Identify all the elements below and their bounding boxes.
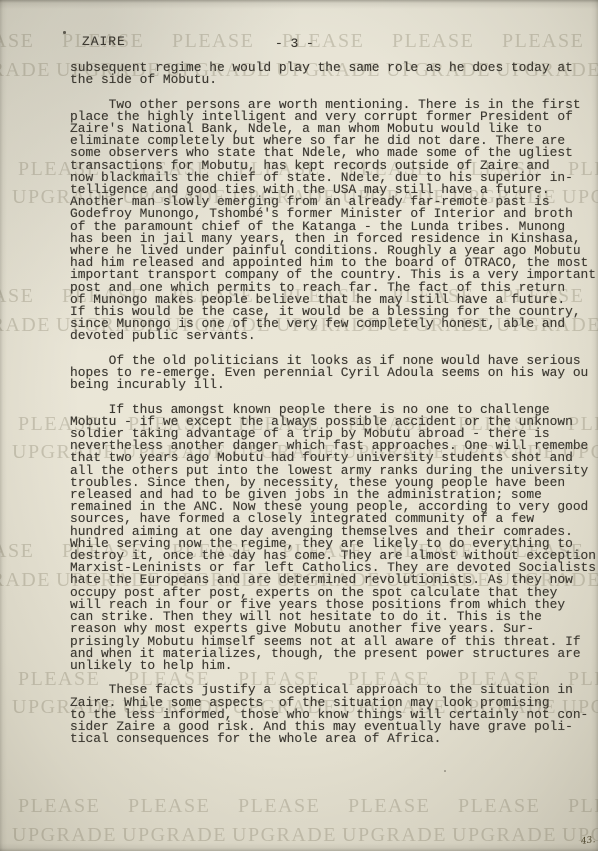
paper-speck <box>63 31 66 34</box>
document-page: PLEASEPLEASEPLEASEPLEASEPLEASEPLEASEPLEA… <box>0 0 598 851</box>
paragraph-2: Two other persons are worth mentioning. … <box>70 99 598 343</box>
watermark-word: UPGRADE <box>0 569 56 592</box>
watermark-word: PLEASE <box>238 795 348 818</box>
paper-speck <box>444 770 446 772</box>
watermark-word: PLEASE <box>0 285 62 308</box>
watermark-row: PLEASEPLEASEPLEASEPLEASEPLEASEPLEASEPLEA… <box>18 795 598 818</box>
watermark-word: PLEASE <box>458 795 568 818</box>
handwritten-page-number: 43. <box>580 835 596 847</box>
watermark-word: PLEASE <box>128 795 238 818</box>
watermark-word: PLEASE <box>0 30 62 53</box>
watermark-word: UPGRADE <box>122 824 232 847</box>
watermark-word: PLEASE <box>0 540 62 563</box>
watermark-word: PLEASE <box>568 795 598 818</box>
document-title: ZAIRE <box>82 36 126 48</box>
paragraph-3: Of the old politicians it looks as if no… <box>70 355 598 392</box>
paragraph-5: These facts justify a sceptical approach… <box>70 684 598 745</box>
paragraph-1: subsequent regime he would play the same… <box>70 62 598 86</box>
page-number: - 3 - <box>275 38 314 50</box>
watermark-word: UPGRADE <box>232 824 342 847</box>
watermark-word: UPGRADE <box>342 824 452 847</box>
watermark-row: UPGRADEUPGRADEUPGRADEUPGRADEUPGRADEUPGRA… <box>12 824 598 847</box>
watermark-word: UPGRADE <box>0 314 56 337</box>
watermark-word: UPGRADE <box>0 59 56 82</box>
document-header: ZAIRE - 3 - <box>70 36 598 62</box>
document-body: subsequent regime he would play the same… <box>70 62 598 745</box>
watermark-word: UPGRADE <box>452 824 562 847</box>
watermark-word: PLEASE <box>18 795 128 818</box>
paragraph-4: If thus amongst known people there is no… <box>70 404 598 672</box>
watermark-word: PLEASE <box>348 795 458 818</box>
watermark-word: UPGRADE <box>12 824 122 847</box>
document-content: ZAIRE - 3 - subsequent regime he would p… <box>70 36 598 758</box>
